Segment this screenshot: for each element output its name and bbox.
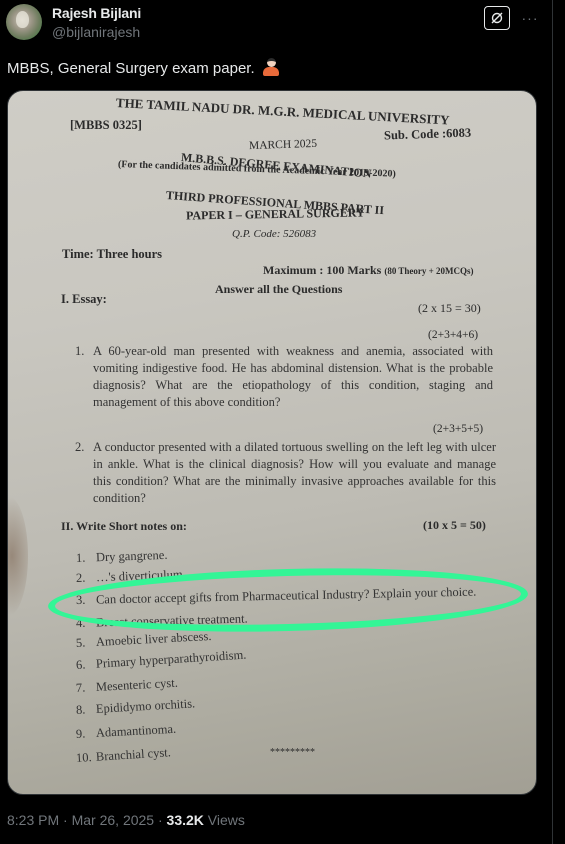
more-dots-icon: ··· — [522, 10, 539, 26]
university-name: THE TAMIL NADU DR. M.G.R. MEDICAL UNIVER… — [116, 95, 450, 128]
author-name[interactable]: Rajesh Bijlani — [52, 5, 141, 21]
column-divider — [552, 0, 553, 844]
short-note-item: 10.Branchial cyst. — [76, 745, 172, 766]
essay-question-2: 2. A conductor presented with a dilated … — [93, 439, 496, 507]
qp-code: Q.P. Code: 526083 — [232, 228, 316, 240]
instruction: Answer all the Questions — [215, 282, 342, 297]
exam-month: MARCH 2025 — [249, 138, 317, 152]
short-note-item: 7.Mesenteric cyst. — [76, 676, 179, 696]
short-notes-marks: (10 x 5 = 50) — [423, 518, 486, 533]
essay-heading: I. Essay: — [61, 292, 107, 307]
grok-button[interactable] — [484, 6, 510, 30]
post-time[interactable]: 8:23 PM — [7, 812, 59, 828]
q2-split: (2+3+5+5) — [433, 423, 483, 435]
grok-icon — [490, 11, 504, 25]
short-note-item: 8.Epididymo orchitis. — [76, 696, 196, 718]
exam-time: Time: Three hours — [62, 247, 162, 262]
more-options-button[interactable]: ··· — [518, 6, 542, 30]
paper-title: PAPER I – GENERAL SURGERY — [186, 205, 365, 223]
max-marks-note: (80 Theory + 20MCQs) — [384, 266, 473, 276]
max-marks: Maximum : 100 Marks (80 Theory + 20MCQs) — [263, 263, 474, 278]
post-date[interactable]: Mar 26, 2025 — [72, 812, 155, 828]
tweet-body: MBBS, General Surgery exam paper. — [7, 60, 255, 77]
author-avatar[interactable] — [6, 4, 42, 40]
short-note-item: 9.Adamantinoma. — [76, 722, 177, 742]
short-note-item: 1.Dry gangrene. — [76, 548, 168, 566]
end-marker: ********* — [270, 747, 315, 758]
sub-code: Sub. Code :6083 — [384, 125, 472, 143]
essay-marks: (2 x 15 = 30) — [418, 301, 481, 316]
paper-code: [MBBS 0325] — [70, 118, 142, 133]
person-shrugging-emoji-icon — [262, 58, 280, 76]
short-notes-heading: II. Write Short notes on: — [61, 519, 187, 534]
views-label: Views — [208, 812, 245, 828]
essay-question-1: 1. A 60-year-old man presented with weak… — [93, 343, 493, 411]
q1-split: (2+3+4+6) — [428, 329, 478, 341]
author-handle[interactable]: @bijlanirajesh — [52, 24, 140, 40]
tweet-text: MBBS, General Surgery exam paper. — [7, 58, 280, 77]
views-count: 33.2K — [167, 812, 204, 828]
thumb-shadow — [7, 496, 28, 616]
short-note-item: 6.Primary hyperparathyroidism. — [76, 648, 247, 673]
short-note-item: 5.Amoebic liver abscess. — [76, 629, 212, 651]
tweet-meta: 8:23 PM · Mar 26, 2025 · 33.2K Views — [7, 812, 245, 828]
max-marks-label: Maximum : 100 Marks — [263, 263, 381, 277]
tweet-photo[interactable]: THE TAMIL NADU DR. M.G.R. MEDICAL UNIVER… — [7, 90, 537, 795]
